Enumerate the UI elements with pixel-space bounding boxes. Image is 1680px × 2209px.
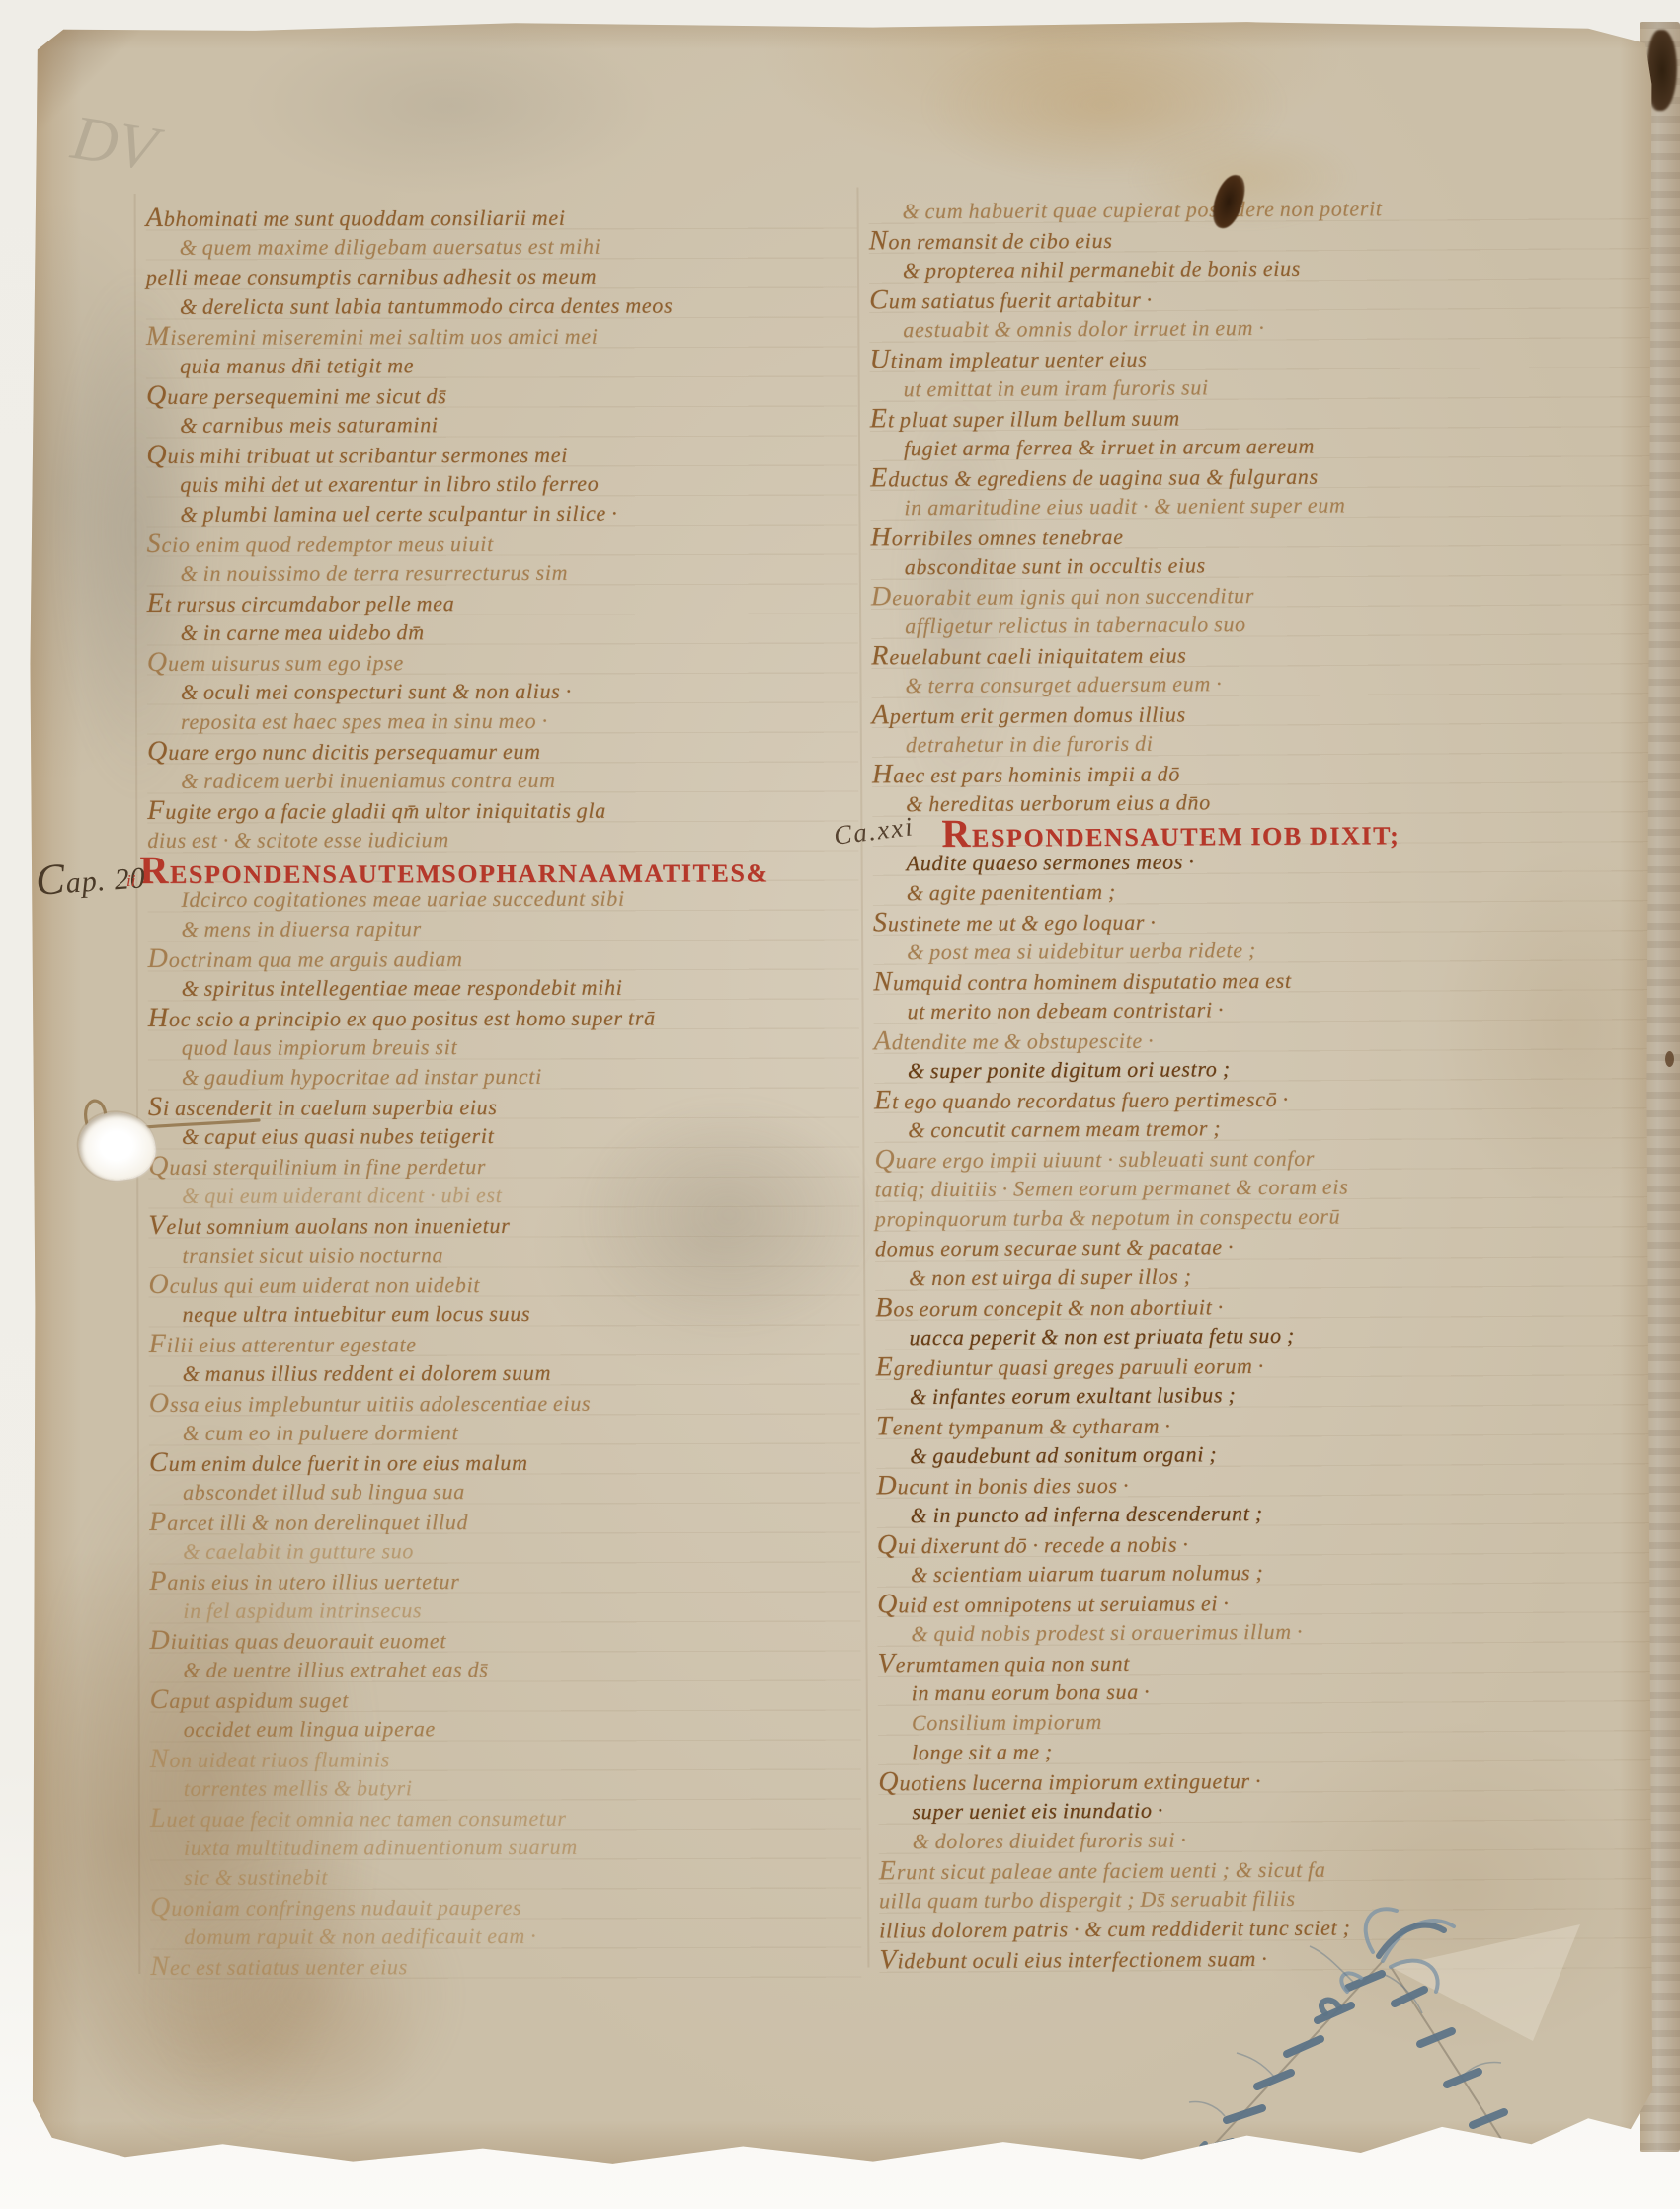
manuscript-line: & carnibus meis saturamini <box>146 409 857 441</box>
manuscript-line: & spiritus intellegentiae meae respondeb… <box>148 972 859 1004</box>
chapter-small-red-mark: ii <box>126 871 135 891</box>
manuscript-line: Parcet illi & non derelinquet illud <box>149 1506 860 1537</box>
rubric-line: RESPONDENSAUTEM IOB DIXIT; <box>941 815 1652 849</box>
manuscript-line: occidet eum lingua uiperae <box>150 1713 861 1745</box>
manuscript-line: in amaritudine eius uadit · & uenient su… <box>870 489 1650 524</box>
manuscript-line: & in carne mea uidebo dm̄ <box>147 616 858 648</box>
manuscript-line: uacca peperit & non est priuata fetu suo… <box>875 1319 1655 1353</box>
manuscript-line: Cum enim dulce fuerit in ore eius malum <box>149 1446 860 1478</box>
manuscript-line: Eductus & egrediens de uagina sua & fulg… <box>870 459 1650 494</box>
manuscript-line: Et ego quando recordatus fuero pertimesc… <box>874 1082 1654 1116</box>
manuscript-line: aestuabit & omnis dolor irruet in eum · <box>869 311 1649 346</box>
manuscript-line: Adtendite me & obstupescite · <box>874 1023 1654 1057</box>
manuscript-line: Quare persequemini me sicut ds̄ <box>146 379 857 411</box>
manuscript-line: ut emittat in eum iram furoris sui <box>870 370 1650 405</box>
manuscript-line: Scio enim quod redemptor meus uiuit <box>147 528 858 559</box>
manuscript-line: Deuorabit eum ignis qui non succenditur <box>871 578 1651 613</box>
graphite-doodle: DV <box>67 101 162 186</box>
manuscript-line: tatiq; diuitiis · Semen eorum permanet &… <box>875 1171 1655 1205</box>
manuscript-line: Abhominati me sunt quoddam consiliarii m… <box>146 202 857 233</box>
manuscript-line: & cum habuerit quae cupierat possidere n… <box>869 193 1649 227</box>
manuscript-line: Bos eorum concepit & non abortiuit · <box>875 1289 1655 1324</box>
parchment-page: DV Abhominati me sunt quoddam consiliari… <box>28 20 1653 2166</box>
manuscript-line: & non est uirga di super illos ; <box>875 1260 1655 1294</box>
manuscript-line: Et pluat super illum bellum suum <box>870 400 1650 435</box>
manuscript-line: & gaudebunt ad sonitum organi ; <box>876 1437 1656 1472</box>
manuscript-line: reposita est haec spes mea in sinu meo · <box>147 705 858 737</box>
manuscript-line: Consilium impiorum <box>878 1704 1658 1739</box>
manuscript-line: Et rursus circumdabor pelle mea <box>147 587 858 618</box>
manuscript-line: Idcirco cogitationes meae uariae succedu… <box>147 883 858 915</box>
manuscript-line: & dolores diuidet furoris sui · <box>879 1823 1659 1857</box>
manuscript-line: detrahetur in die furoris di <box>872 726 1652 761</box>
manuscript-line: Oculus qui eum uiderat non uidebit <box>148 1268 859 1300</box>
manuscript-line: & oculi mei conspecturi sunt & non alius… <box>147 676 858 707</box>
manuscript-line: Apertum erit germen domus illius <box>872 696 1652 731</box>
repair-stitching <box>1077 1883 1590 2169</box>
photo-backdrop: DV Abhominati me sunt quoddam consiliari… <box>0 0 1680 2209</box>
manuscript-line: Reuelabunt caeli iniquitatem eius <box>871 637 1651 672</box>
manuscript-line: & agite paenitentiam ; <box>873 874 1653 909</box>
manuscript-line: & cum eo in puluere dormient <box>149 1417 860 1448</box>
manuscript-line: Sustinete me ut & ego loquar · <box>873 904 1653 939</box>
manuscript-line: Quoniam confringens nudauit pauperes <box>150 1891 861 1923</box>
manuscript-line: Non uideat riuos fluminis <box>150 1743 861 1774</box>
manuscript-line: quis mihi det ut exarentur in libro stil… <box>146 468 857 500</box>
manuscript-line: & derelicta sunt labia tantummodo circa … <box>146 290 857 322</box>
manuscript-line: Miseremini miseremini mei saltim uos ami… <box>146 320 857 352</box>
manuscript-line: & terra consurget aduersum eum · <box>871 667 1651 701</box>
manuscript-line: Luet quae fecit omnia nec tamen consumet… <box>150 1802 861 1834</box>
manuscript-line: neque ultra intuebitur eum locus suus <box>149 1298 860 1330</box>
manuscript-line: Haec est pars hominis impii a dō <box>872 756 1652 790</box>
manuscript-line: Panis eius in utero illius uertetur <box>149 1565 860 1596</box>
manuscript-line: sic & sustinebit <box>150 1861 861 1893</box>
manuscript-line: & in nouissimo de terra resurrecturus si… <box>147 557 858 589</box>
manuscript-line: & caelabit in gutture suo <box>149 1535 860 1567</box>
manuscript-line: & plumbi lamina uel certe sculpantur in … <box>146 498 857 530</box>
manuscript-line: & qui eum uiderant dicent · ubi est <box>148 1180 859 1211</box>
manuscript-line: abscondet illud sub lingua sua <box>149 1476 860 1508</box>
manuscript-line: Caput aspidum suget <box>150 1683 861 1715</box>
manuscript-line: fugiet arma ferrea & irruet in arcum aer… <box>870 430 1650 464</box>
manuscript-line: Tenent tympanum & cytharam · <box>876 1408 1656 1442</box>
manuscript-line: & de uentre illius extrahet eas ds̄ <box>149 1654 860 1685</box>
manuscript-line: iuxta multitudinem adinuentionum suarum <box>150 1832 861 1863</box>
manuscript-line: & quid nobis prodest si orauerimus illum… <box>877 1615 1657 1650</box>
manuscript-line: quod laus impiorum breuis sit <box>148 1031 859 1063</box>
manuscript-line: Doctrinam qua me arguis audiam <box>148 942 859 974</box>
manuscript-line: Hoc scio a principio ex quo positus est … <box>148 1002 859 1033</box>
manuscript-line: propinquorum turba & nepotum in conspect… <box>875 1200 1655 1235</box>
rubric-line: RESPONDENSAUTEMSOPHARNAAMATITES& <box>139 854 858 885</box>
manuscript-line: Quis mihi tribuat ut scribantur sermones… <box>146 439 857 470</box>
manuscript-line: Erunt sicut paleae ante faciem uenti ; &… <box>879 1852 1659 1887</box>
manuscript-line: Utinam impleatur uenter eius <box>869 341 1649 375</box>
manuscript-line: Cum satiatus fuerit artabitur · <box>869 282 1649 316</box>
manuscript-line: Qui dixerunt dō · recede a nobis · <box>877 1526 1657 1561</box>
manuscript-line: Verumtamen quia non sunt <box>877 1645 1657 1679</box>
text-column-right: & cum habuerit quae cupierat possidere n… <box>869 193 1660 1976</box>
manuscript-line: & concutit carnem meam tremor ; <box>874 1111 1654 1146</box>
manuscript-line: & hereditas uerborum eius a dn̄o <box>872 785 1652 820</box>
manuscript-line: Non remansit de cibo eius <box>869 222 1649 257</box>
manuscript-line: Nec est satiatus uenter eius <box>150 1950 861 1982</box>
binding-small-spot <box>1665 1051 1674 1067</box>
manuscript-line: Horribiles omnes tenebrae <box>871 519 1651 553</box>
manuscript-line: quia manus dn̄i tetigit me <box>146 350 857 381</box>
manuscript-line: Velut somnium auolans non inuenietur <box>148 1209 859 1241</box>
manuscript-line: & in puncto ad inferna descenderunt ; <box>877 1497 1657 1531</box>
manuscript-line: Quotiens lucerna impiorum extinguetur · <box>878 1763 1658 1798</box>
manuscript-line: & manus illius reddent ei dolorem suum <box>149 1357 860 1389</box>
manuscript-line: & scientiam uiarum tuarum nolumus ; <box>877 1556 1657 1591</box>
manuscript-line: domum rapuit & non aedificauit eam · <box>150 1921 861 1952</box>
binding-dark-spot <box>1647 30 1677 111</box>
manuscript-line: domus eorum securae sunt & pacatae · <box>875 1230 1655 1265</box>
manuscript-line: & propterea nihil permanebit de bonis ei… <box>869 252 1649 286</box>
manuscript-line: affligetur relictus in tabernaculo suo <box>871 608 1651 642</box>
manuscript-line: absconditae sunt in occultis eius <box>871 548 1651 583</box>
manuscript-line: Numquid contra hominem disputatio mea es… <box>873 963 1653 998</box>
parchment-stain <box>921 26 1287 184</box>
manuscript-line: Ossa eius implebuntur uitiis adolescenti… <box>149 1387 860 1419</box>
manuscript-line: & super ponite digitum ori uestro ; <box>874 1052 1654 1087</box>
manuscript-line: Egrediuntur quasi greges paruuli eorum · <box>876 1349 1656 1383</box>
manuscript-line: & infantes eorum exultant lusibus ; <box>876 1378 1656 1413</box>
manuscript-line: transiet sicut uisio nocturna <box>148 1239 859 1270</box>
manuscript-line: dius est · & scitote esse iudicium <box>147 824 858 856</box>
manuscript-line: longe sit a me ; <box>878 1734 1658 1768</box>
manuscript-line: Fugite ergo a facie gladii qm̄ ultor ini… <box>147 794 858 826</box>
manuscript-line: & post mea si uidebitur uerba ridete ; <box>873 934 1653 968</box>
manuscript-line: pelli meae consumptis carnibus adhesit o… <box>146 261 857 292</box>
manuscript-line: Ducunt in bonis dies suos · <box>876 1467 1656 1502</box>
manuscript-line: super ueniet eis inundatio · <box>878 1793 1658 1828</box>
manuscript-line: Quem uisurus sum ego ipse <box>147 646 858 678</box>
manuscript-line: Diuitias quas deuorauit euomet <box>149 1624 860 1656</box>
manuscript-line: in fel aspidum intrinsecus <box>149 1595 860 1626</box>
manuscript-line: & radicem uerbi inueniamus contra eum <box>147 765 858 796</box>
manuscript-line: & quem maxime diligebam auersatus est mi… <box>146 231 857 263</box>
manuscript-line: torrentes mellis & butyri <box>150 1772 861 1804</box>
manuscript-line: Quid est omnipotens ut seruiamus ei · <box>877 1586 1657 1620</box>
manuscript-line: Filii eius atterentur egestate <box>149 1328 860 1359</box>
manuscript-line: Quare ergo impii uiuunt · subleuati sunt… <box>874 1141 1654 1176</box>
manuscript-line: ut merito non debeam contristari · <box>873 993 1653 1027</box>
manuscript-line: Quare ergo nunc dicitis persequamur eum <box>147 735 858 767</box>
manuscript-line: & mens in diuersa rapitur <box>148 913 859 944</box>
manuscript-line: in manu eorum bona sua · <box>878 1675 1658 1709</box>
